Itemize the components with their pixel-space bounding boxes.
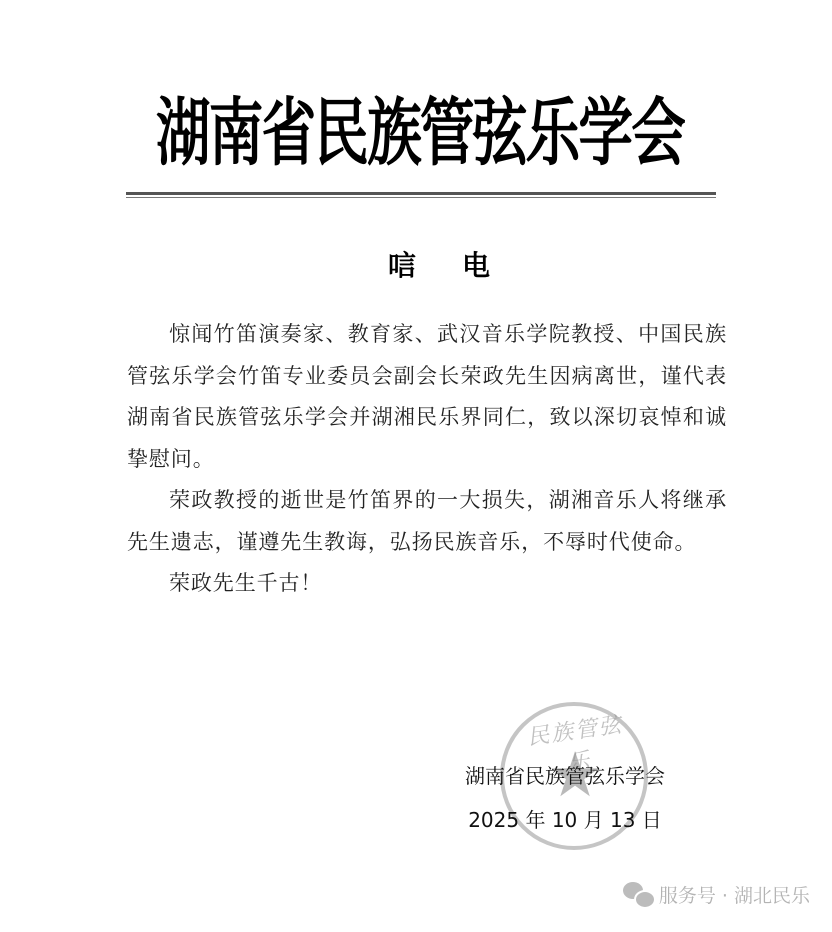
paragraph-condolence: 惊闻竹笛演奏家、教育家、武汉音乐学院教授、中国民族管弦乐学会竹笛专业委员会副会长… (127, 314, 727, 480)
footer-label: 服务号 · 湖北民乐 (659, 881, 810, 908)
letterhead-title: 湖南省民族管弦乐学会 (156, 68, 684, 198)
wechat-icon (623, 882, 653, 908)
paragraph-farewell: 荣政先生千古！ (127, 563, 727, 605)
letterhead-divider (126, 192, 716, 198)
footer-watermark: 服务号 · 湖北民乐 (623, 881, 810, 908)
paragraph-tribute: 荣政教授的逝世是竹笛界的一大损失，湖湘音乐人将继承先生遗志，谨遵先生教诲，弘扬民… (127, 480, 727, 563)
document-heading: 唁电 (0, 246, 832, 286)
signature-date: 2025 年 10 月 13 日 (440, 798, 690, 842)
signature-organization: 湖南省民族管弦乐学会 (440, 754, 690, 798)
signature-block: 湖南省民族管弦乐学会 2025 年 10 月 13 日 (440, 754, 690, 842)
document-body: 惊闻竹笛演奏家、教育家、武汉音乐学院教授、中国民族管弦乐学会竹笛专业委员会副会长… (127, 314, 727, 605)
